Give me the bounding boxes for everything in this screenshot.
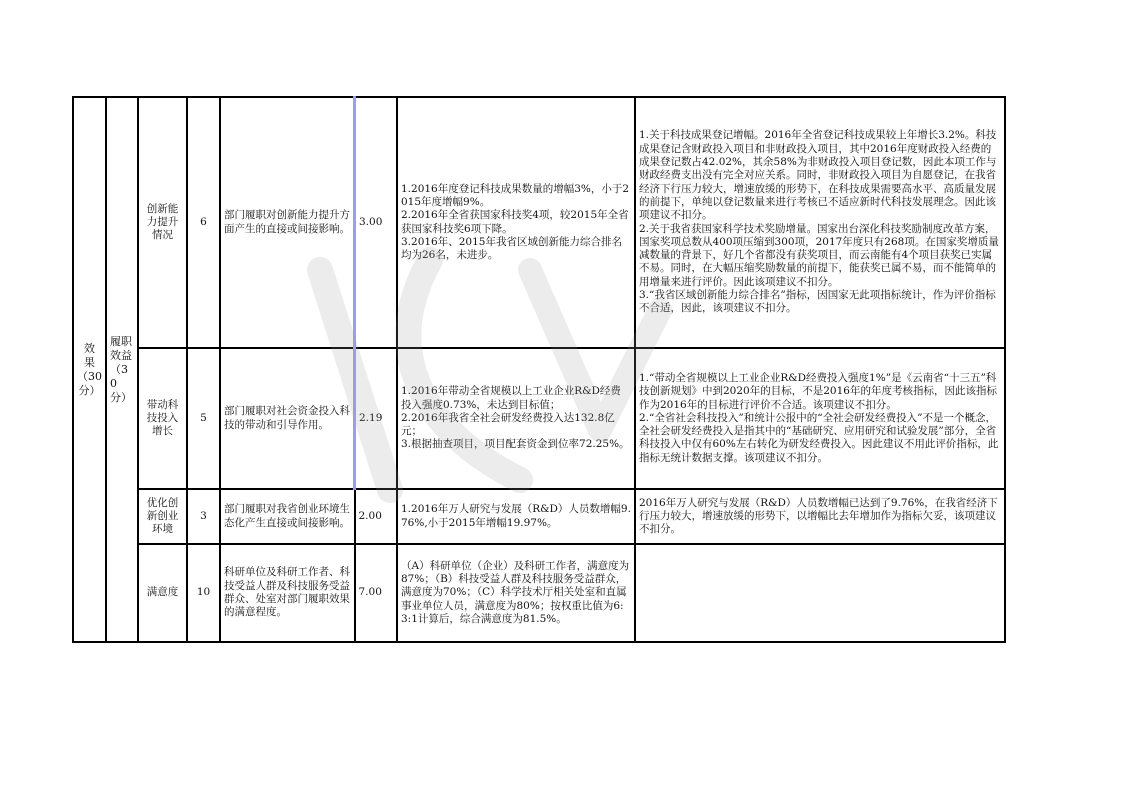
level2-line: （30: [110, 363, 134, 391]
weight-cell: 5: [187, 348, 220, 489]
level1-category-cell: 效 果 （30 分）: [73, 97, 106, 642]
evidence-item: 3.2016年、2015年我省区域创新能力综合排名均为26名，未进步。: [401, 236, 631, 263]
remark-item: 2.“全省社会科技投入”和统计公报中的“全社会研发经费投入”不是一个概念，全社会…: [639, 412, 1001, 465]
weight-cell: 10: [187, 544, 220, 642]
evidence-item: 2.2016年全省获国家科技奖4项，较2015年全省获国家科技奖6项下降。: [401, 209, 631, 236]
weight-cell: 6: [187, 97, 220, 348]
score-cell: 2.19: [355, 348, 398, 489]
description-cell: 部门履职对社会资金投入科技的带动和引导作用。: [220, 348, 355, 489]
remark-item: 3.“我省区域创新能力综合排名”指标，因国家无此项指标统计，作为评价指标不合适，…: [639, 289, 1001, 316]
score-cell: 2.00: [355, 489, 398, 544]
description-cell: 科研单位及科研工作者、科技受益人群及科技服务受益群众、处室对部门履职效果的满意程…: [220, 544, 355, 642]
evidence-item: 1.2016年带动全省规模以上工业企业R&D经费投入强度0.73%，未达到目标值…: [401, 385, 631, 412]
level2-category-cell: 履职 效益 （30 分）: [106, 97, 138, 642]
indicator-cell: 带动科技投入增长: [138, 348, 187, 489]
remarks-cell: 2016年万人研究与发展（R&D）人员数增幅已达到了9.76%，在我省经济下行压…: [635, 489, 1005, 544]
remarks-cell: 1.“带动全省规模以上工业企业R&D经费投入强度1%”是《云南省“十三五”科技创…: [635, 348, 1005, 489]
evidence-item: （A）科研单位（企业）及科研工作者，满意度为87%；（B）科技受益人群及科技服务…: [401, 560, 631, 626]
evidence-cell: 1.2016年万人研究与发展（R&D）人员数增幅9.76%,小于2015年增幅1…: [397, 489, 635, 544]
remark-item: 1.关于科技成果登记增幅。2016年全省登记科技成果较上年增长3.2%。科技成果…: [639, 129, 1001, 222]
remark-item: 2016年万人研究与发展（R&D）人员数增幅已达到了9.76%，在我省经济下行压…: [639, 497, 1001, 537]
score-cell: 7.00: [355, 544, 398, 642]
level2-line: 履职: [110, 335, 134, 349]
level2-line: 分）: [110, 391, 134, 405]
level1-line: 分）: [77, 384, 102, 398]
remarks-cell: [635, 544, 1005, 642]
level2-line: 效益: [110, 349, 134, 363]
indicator-cell: 满意度: [138, 544, 187, 642]
table-row: 效 果 （30 分） 履职 效益 （30 分） 创新能力提升情况 6 部门履职对…: [73, 97, 1005, 348]
table-row: 带动科技投入增长 5 部门履职对社会资金投入科技的带动和引导作用。 2.19 1…: [73, 348, 1005, 489]
evidence-cell: （A）科研单位（企业）及科研工作者，满意度为87%；（B）科技受益人群及科技服务…: [397, 544, 635, 642]
evidence-item: 3.根据抽查项目，项目配套资金到位率72.25%。: [401, 438, 631, 451]
level1-line: （30: [77, 370, 102, 384]
evidence-cell: 1.2016年度登记科技成果数量的增幅3%，小于2015年度增幅9%。 2.20…: [397, 97, 635, 348]
indicator-cell: 创新能力提升情况: [138, 97, 187, 348]
weight-cell: 3: [187, 489, 220, 544]
evidence-item: 1.2016年度登记科技成果数量的增幅3%，小于2015年度增幅9%。: [401, 183, 631, 210]
indicator-cell: 优化创新创业环境: [138, 489, 187, 544]
evidence-item: 1.2016年万人研究与发展（R&D）人员数增幅9.76%,小于2015年增幅1…: [401, 503, 631, 530]
table-row: 优化创新创业环境 3 部门履职对我省创业环境生态化产生直接或间接影响。 2.00…: [73, 489, 1005, 544]
remark-item: 2.关于我省获国家科学技术奖励增量。国家出台深化科技奖励制度改革方案，国家奖项总…: [639, 223, 1001, 289]
level1-line: 果: [77, 356, 102, 370]
description-cell: 部门履职对我省创业环境生态化产生直接或间接影响。: [220, 489, 355, 544]
score-cell: 3.00: [355, 97, 398, 348]
level1-line: 效: [77, 342, 102, 356]
evidence-item: 2.2016年我省全社会研发经费投入达132.8亿元；: [401, 412, 631, 439]
remarks-cell: 1.关于科技成果登记增幅。2016年全省登记科技成果较上年增长3.2%。科技成果…: [635, 97, 1005, 348]
description-cell: 部门履职对创新能力提升方面产生的直接或间接影响。: [220, 97, 355, 348]
remark-item: 1.“带动全省规模以上工业企业R&D经费投入强度1%”是《云南省“十三五”科技创…: [639, 372, 1001, 412]
evidence-cell: 1.2016年带动全省规模以上工业企业R&D经费投入强度0.73%，未达到目标值…: [397, 348, 635, 489]
table-row: 满意度 10 科研单位及科研工作者、科技受益人群及科技服务受益群众、处室对部门履…: [73, 544, 1005, 642]
evaluation-table: 效 果 （30 分） 履职 效益 （30 分） 创新能力提升情况 6 部门履职对…: [72, 96, 1006, 643]
